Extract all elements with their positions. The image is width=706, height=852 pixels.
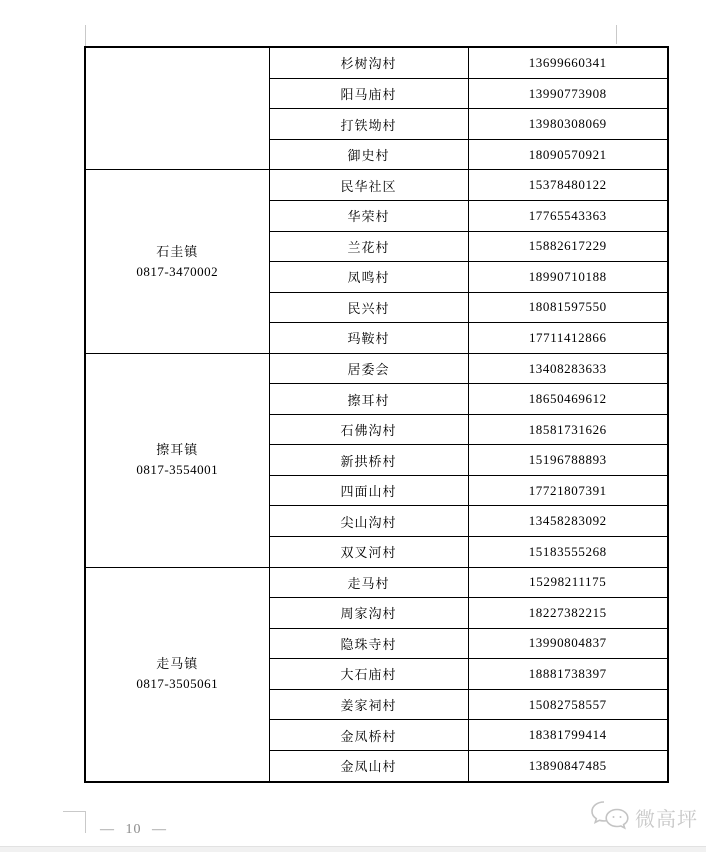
table-row: 杉树沟村 13699660341 bbox=[85, 47, 668, 78]
phone-cell: 13699660341 bbox=[468, 47, 668, 78]
table-row: 走马镇 0817-3505061 走马村 15298211175 bbox=[85, 567, 668, 598]
phone-cell: 18990710188 bbox=[468, 262, 668, 293]
phone-cell: 17711412866 bbox=[468, 323, 668, 354]
village-cell: 尖山沟村 bbox=[269, 506, 468, 537]
phone-cell: 15298211175 bbox=[468, 567, 668, 598]
village-cell: 居委会 bbox=[269, 353, 468, 384]
town-cell: 擦耳镇 0817-3554001 bbox=[85, 353, 269, 567]
phone-cell: 13458283092 bbox=[468, 506, 668, 537]
town-name: 擦耳镇 bbox=[86, 440, 269, 460]
phone-cell: 15183555268 bbox=[468, 537, 668, 568]
phone-cell: 13990773908 bbox=[468, 78, 668, 109]
phone-cell: 15378480122 bbox=[468, 170, 668, 201]
village-cell: 打铁坳村 bbox=[269, 109, 468, 140]
margin-mark-bottom-left bbox=[63, 811, 86, 833]
chat-bubbles-icon bbox=[590, 800, 632, 834]
village-cell: 凤鸣村 bbox=[269, 262, 468, 293]
phone-cell: 18650469612 bbox=[468, 384, 668, 415]
village-cell: 兰花村 bbox=[269, 231, 468, 262]
village-cell: 石佛沟村 bbox=[269, 414, 468, 445]
village-cell: 四面山村 bbox=[269, 475, 468, 506]
phone-cell: 18881738397 bbox=[468, 659, 668, 690]
town-cell bbox=[85, 47, 269, 170]
page-number: — 10 — bbox=[100, 822, 167, 838]
phone-cell: 18581731626 bbox=[468, 414, 668, 445]
watermark: 微高坪 bbox=[590, 800, 698, 834]
town-phone: 0817-3470002 bbox=[86, 262, 269, 282]
village-cell: 周家沟村 bbox=[269, 598, 468, 629]
phone-cell: 13408283633 bbox=[468, 353, 668, 384]
margin-mark-top-right bbox=[616, 25, 617, 44]
village-cell: 杉树沟村 bbox=[269, 47, 468, 78]
town-cell: 石圭镇 0817-3470002 bbox=[85, 170, 269, 353]
phone-cell: 17721807391 bbox=[468, 475, 668, 506]
phone-cell: 15082758557 bbox=[468, 689, 668, 720]
village-cell: 民华社区 bbox=[269, 170, 468, 201]
village-cell: 玛鞍村 bbox=[269, 323, 468, 354]
phone-cell: 13980308069 bbox=[468, 109, 668, 140]
watermark-text: 微高坪 bbox=[635, 803, 698, 832]
phone-cell: 17765543363 bbox=[468, 201, 668, 232]
table-row: 石圭镇 0817-3470002 民华社区 15378480122 bbox=[85, 170, 668, 201]
village-cell: 姜家祠村 bbox=[269, 689, 468, 720]
phone-cell: 18081597550 bbox=[468, 292, 668, 323]
town-name: 走马镇 bbox=[86, 654, 269, 674]
phone-cell: 13990804837 bbox=[468, 628, 668, 659]
village-cell: 走马村 bbox=[269, 567, 468, 598]
town-phone: 0817-3554001 bbox=[86, 460, 269, 480]
village-cell: 御史村 bbox=[269, 139, 468, 170]
viewport-bottom-strip bbox=[0, 846, 706, 852]
margin-mark-top-left bbox=[85, 25, 86, 46]
village-cell: 民兴村 bbox=[269, 292, 468, 323]
phone-cell: 18227382215 bbox=[468, 598, 668, 629]
town-phone: 0817-3505061 bbox=[86, 674, 269, 694]
phone-cell: 15196788893 bbox=[468, 445, 668, 476]
village-cell: 隐珠寺村 bbox=[269, 628, 468, 659]
village-cell: 金凤山村 bbox=[269, 750, 468, 782]
village-cell: 大石庙村 bbox=[269, 659, 468, 690]
phone-cell: 13890847485 bbox=[468, 750, 668, 782]
contact-table: 杉树沟村 13699660341 阳马庙村 13990773908 打铁坳村 1… bbox=[84, 46, 669, 783]
town-name: 石圭镇 bbox=[86, 242, 269, 262]
village-cell: 华荣村 bbox=[269, 201, 468, 232]
town-cell: 走马镇 0817-3505061 bbox=[85, 567, 269, 782]
village-cell: 擦耳村 bbox=[269, 384, 468, 415]
table-row: 擦耳镇 0817-3554001 居委会 13408283633 bbox=[85, 353, 668, 384]
phone-cell: 18090570921 bbox=[468, 139, 668, 170]
village-cell: 阳马庙村 bbox=[269, 78, 468, 109]
phone-cell: 15882617229 bbox=[468, 231, 668, 262]
village-cell: 新拱桥村 bbox=[269, 445, 468, 476]
village-cell: 双叉河村 bbox=[269, 537, 468, 568]
phone-cell: 18381799414 bbox=[468, 720, 668, 751]
village-cell: 金凤桥村 bbox=[269, 720, 468, 751]
